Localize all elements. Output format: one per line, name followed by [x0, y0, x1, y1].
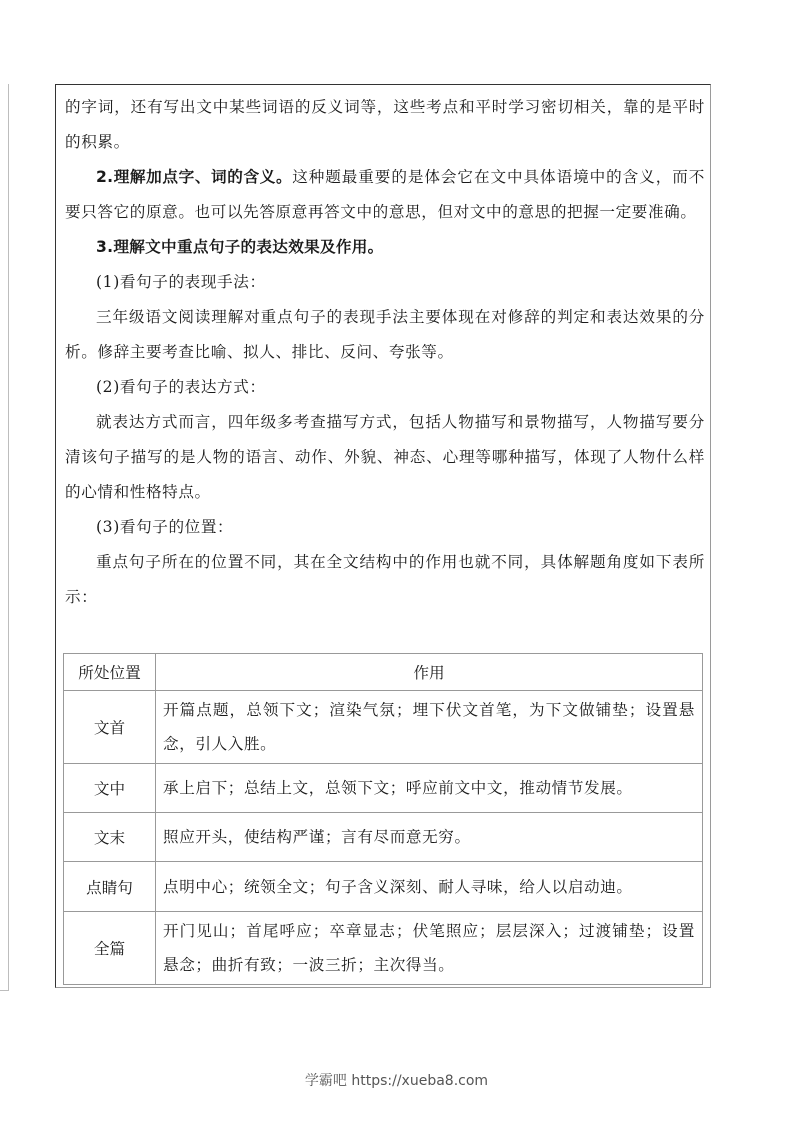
table-row: 全篇 开门见山；首尾呼应；卒章显志；伏笔照应；层层深入；过渡铺垫；设置悬念；曲折…	[64, 912, 703, 985]
table-cell-position: 点睛句	[64, 862, 156, 912]
position-effect-table: 所处位置 作用 文首 开篇点题，总领下文；渲染气氛；埋下伏文首笔，为下文做铺垫；…	[63, 653, 703, 985]
heading-point-3-text: 3.理解文中重点句子的表达效果及作用。	[96, 238, 384, 256]
table-row: 点睛句 点明中心；统领全文；句子含义深刻、耐人寻味，给人以启动迪。	[64, 862, 703, 912]
table-cell-position: 文中	[64, 764, 156, 813]
heading-point-3: 3.理解文中重点句子的表达效果及作用。	[65, 230, 705, 265]
paragraph-expression-technique: 三年级语文阅读理解对重点句子的表现手法主要体现在对修辞的判定和表达效果的分析。修…	[65, 300, 705, 370]
table-cell-effect: 点明中心；统领全文；句子含义深刻、耐人寻味，给人以启动迪。	[156, 862, 703, 912]
subheading-expression-mode: (2)看句子的表达方式：	[65, 370, 705, 405]
watermark-footer: 学霸吧 https://xueba8.com	[0, 1070, 793, 1090]
table-cell-effect: 照应开头，使结构严谨；言有尽而意无穷。	[156, 813, 703, 862]
paragraph-sentence-position: 重点句子所在的位置不同，其在全文结构中的作用也就不同，具体解题角度如下表所示：	[65, 545, 705, 615]
table-cell-position: 文首	[64, 691, 156, 764]
table-cell-effect: 承上启下；总结上文，总领下文；呼应前文中文，推动情节发展。	[156, 764, 703, 813]
document-page: 的字词，还有写出文中某些词语的反义词等，这些考点和平时学习密切相关，靠的是平时的…	[55, 84, 711, 988]
heading-point-2: 2.理解加点字、词的含义。	[96, 168, 292, 186]
paragraph-expression-mode: 就表达方式而言，四年级多考查描写方式，包括人物描写和景物描写，人物描写要分清该句…	[65, 405, 705, 510]
subheading-sentence-position: (3)看句子的位置：	[65, 510, 705, 545]
table-header-row: 所处位置 作用	[64, 654, 703, 691]
table-cell-position: 文末	[64, 813, 156, 862]
paragraph-continuation: 的字词，还有写出文中某些词语的反义词等，这些考点和平时学习密切相关，靠的是平时的…	[65, 90, 705, 160]
table-header-position: 所处位置	[64, 654, 156, 691]
table-row: 文中 承上启下；总结上文，总领下文；呼应前文中文，推动情节发展。	[64, 764, 703, 813]
table-header-effect: 作用	[156, 654, 703, 691]
page-content: 的字词，还有写出文中某些词语的反义词等，这些考点和平时学习密切相关，靠的是平时的…	[65, 90, 705, 615]
paragraph-point-2: 2.理解加点字、词的含义。这种题最重要的是体会它在文中具体语境中的含义，而不要只…	[65, 160, 705, 230]
subheading-expression-technique: (1)看句子的表现手法：	[65, 265, 705, 300]
table-row: 文末 照应开头，使结构严谨；言有尽而意无穷。	[64, 813, 703, 862]
table-cell-effect: 开门见山；首尾呼应；卒章显志；伏笔照应；层层深入；过渡铺垫；设置悬念；曲折有致；…	[156, 912, 703, 985]
table-row: 文首 开篇点题，总领下文；渲染气氛；埋下伏文首笔，为下文做铺垫；设置悬念，引人入…	[64, 691, 703, 764]
previous-page-edge	[0, 84, 9, 991]
table-cell-effect: 开篇点题，总领下文；渲染气氛；埋下伏文首笔，为下文做铺垫；设置悬念，引人入胜。	[156, 691, 703, 764]
table-cell-position: 全篇	[64, 912, 156, 985]
